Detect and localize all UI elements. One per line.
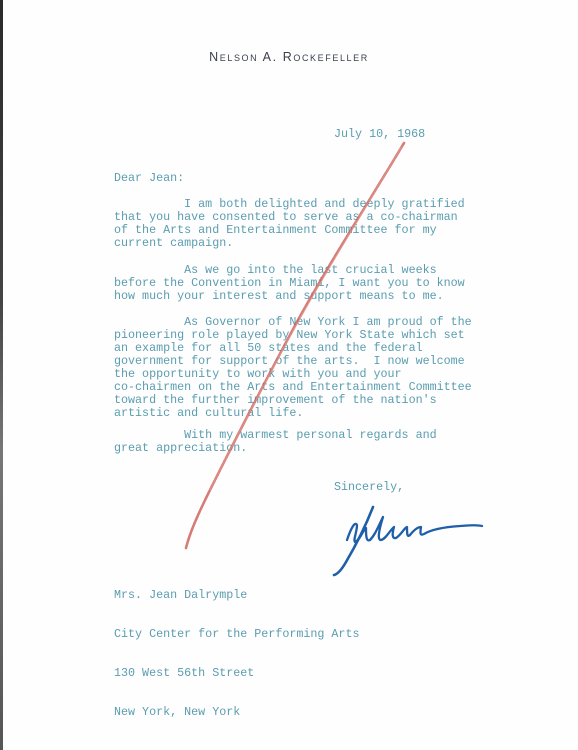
signature (334, 507, 482, 575)
annotations-overlay (0, 0, 578, 750)
red-pencil-mark (186, 143, 404, 548)
letter-page: Nelson A. Rockefeller July 10, 1968 Dear… (0, 0, 578, 750)
